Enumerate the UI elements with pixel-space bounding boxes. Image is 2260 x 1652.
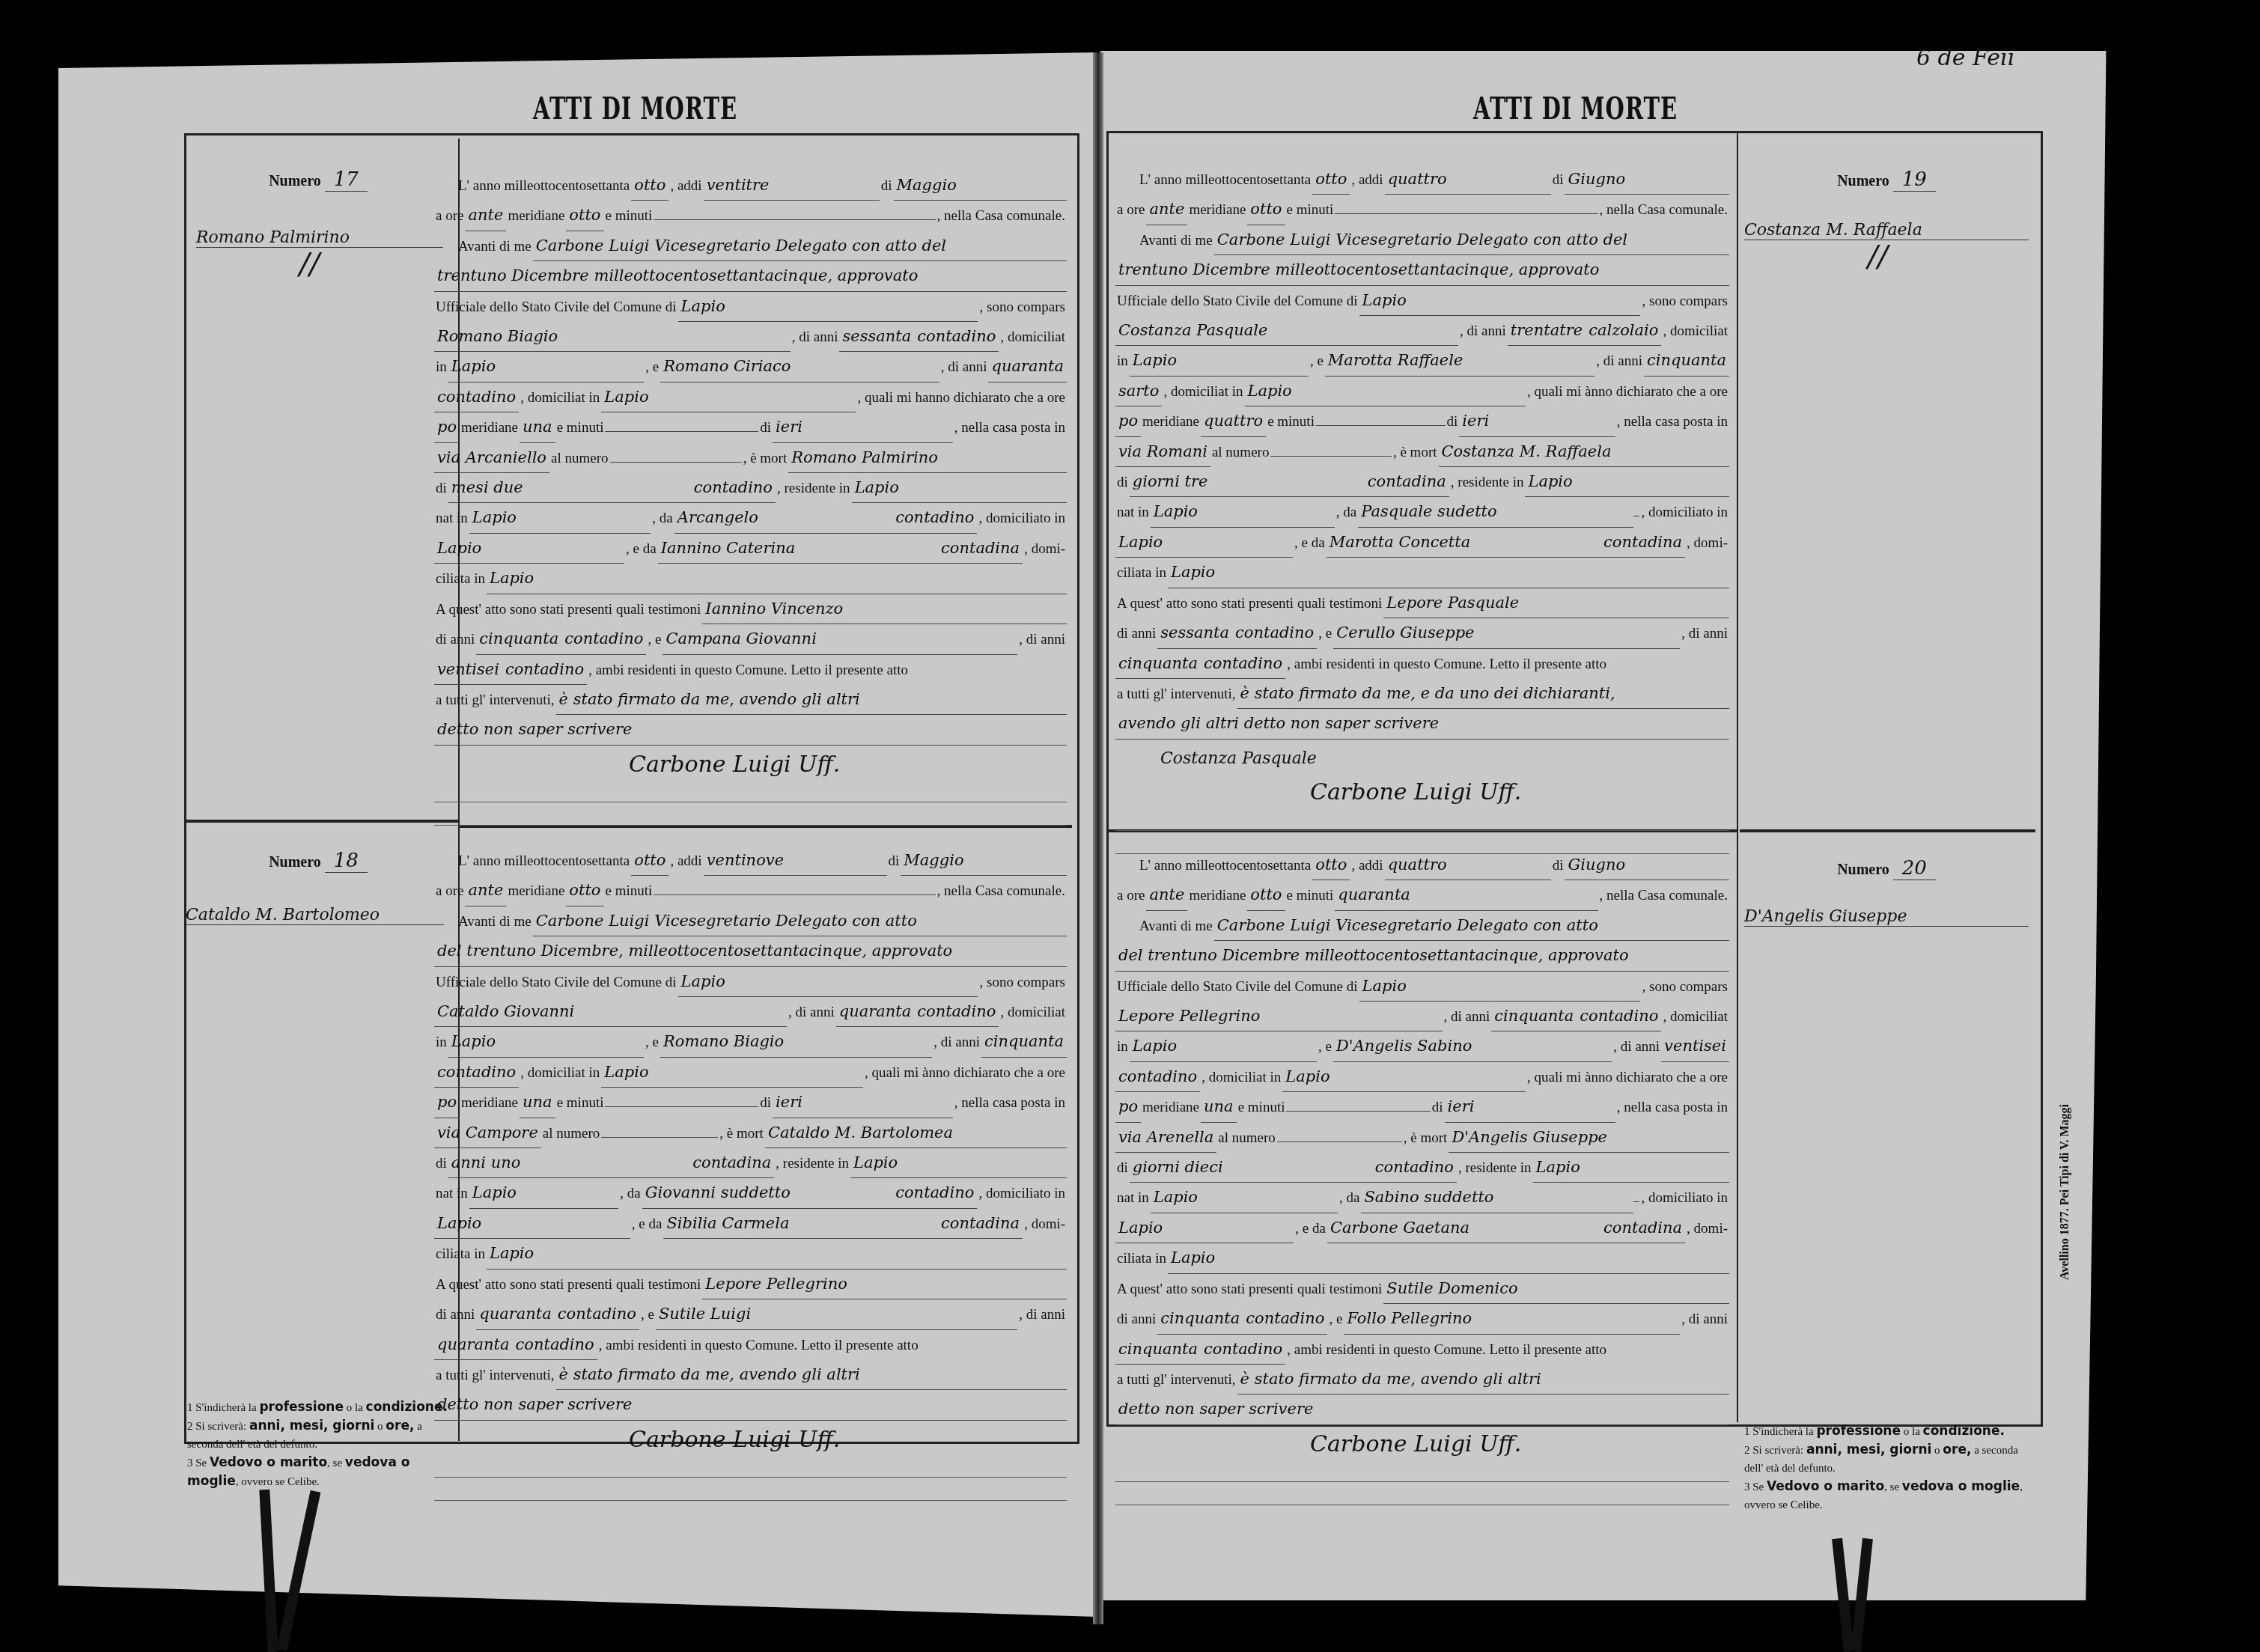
handwritten-entry: Cerullo Giuseppe xyxy=(1333,618,1680,648)
left-page-header: ATTI DI MORTE xyxy=(533,91,737,127)
printed-label: ciliata in xyxy=(1115,558,1168,588)
handwritten-entry: è stato firmato da me, avendo gli altri xyxy=(556,685,1067,715)
handwritten-entry: Lapio xyxy=(1533,1153,1729,1183)
footnote-part: professione xyxy=(259,1400,344,1415)
footnote-part: Vedovo o marito xyxy=(1767,1479,1884,1494)
handwritten-entry: Lapio xyxy=(448,1027,644,1057)
record-line: di annisessantacontadino, eCerullo Giuse… xyxy=(1115,618,1729,648)
printed-label: , e da xyxy=(630,1210,664,1239)
handwritten-entry: contadino xyxy=(561,624,646,654)
printed-label: di xyxy=(434,474,448,503)
printed-label: , nella Casa comunale. xyxy=(1598,881,1729,910)
record-line: ciliata inLapio xyxy=(1115,558,1729,588)
printed-label: di xyxy=(758,1088,773,1118)
printed-label: , domiciliato in xyxy=(1639,498,1729,527)
handwritten-entry: mesi due xyxy=(448,473,691,503)
printed-label: a tutti gl' intervenuti, xyxy=(434,1361,556,1390)
printed-label: di xyxy=(1115,468,1130,497)
footnote-part: o xyxy=(374,1421,386,1433)
footnote-part: , ovvero se Celibe. xyxy=(236,1476,320,1488)
printed-label: in xyxy=(1115,347,1130,376)
printed-label: di xyxy=(1551,851,1565,880)
record-line: inLapio, eMarotta Raffaele, di annicinqu… xyxy=(1115,346,1729,376)
printed-label: , è mort xyxy=(1392,438,1439,467)
printed-label: , residente in xyxy=(776,474,852,503)
handwritten-entry: cinquanta xyxy=(1157,1304,1243,1334)
printed-label: meridiane xyxy=(506,877,566,906)
footnote-part: 2 xyxy=(187,1421,193,1433)
printed-label: di anni xyxy=(1115,1305,1157,1334)
handwritten-entry: D'Angelis Sabino xyxy=(1333,1031,1612,1061)
record-line: Avanti di meCarbone Luigi Vicesegretario… xyxy=(434,231,1067,261)
handwritten-entry: via Arenella xyxy=(1115,1123,1216,1153)
handwritten-entry: Lapio xyxy=(448,352,645,382)
printed-label: , residente in xyxy=(1457,1153,1533,1183)
printed-label: meridiane xyxy=(1141,407,1201,436)
handwritten-entry: cinquanta xyxy=(1644,346,1729,376)
record-line: trentuno Dicembre milleottocentosettanta… xyxy=(1115,255,1729,285)
printed-label: , domiciliat xyxy=(999,323,1067,352)
handwritten-entry: Iannino Caterina xyxy=(658,534,938,564)
printed-label: al numero xyxy=(541,1119,602,1148)
right-number-divider xyxy=(1740,829,2035,832)
printed-label: meridiane xyxy=(1141,1093,1201,1122)
printed-label: e minuti xyxy=(1266,407,1316,436)
record-line: a oreantemeridianeottoe minuti, nella Ca… xyxy=(434,876,1067,906)
record-line: inLapio, eD'Angelis Sabino, di anniventi… xyxy=(1115,1031,1729,1061)
printed-label: , quali mi hanno dichiarato che a ore xyxy=(856,383,1067,412)
footnote-part: Si scriverà: xyxy=(1752,1445,1806,1457)
printed-label: , addi xyxy=(1350,851,1384,880)
printed-label: , sono compars xyxy=(1640,287,1729,316)
printed-label: , domiciliato in xyxy=(1639,1183,1729,1213)
printed-label: , di anni xyxy=(1017,1300,1067,1329)
handwritten-entry: Costanza Pasquale xyxy=(1115,316,1458,346)
handwritten-entry: via Campore xyxy=(434,1118,541,1148)
printed-label: in xyxy=(434,353,448,382)
handwritten-entry: Giugno xyxy=(1565,165,1729,195)
handwritten-entry: contadino xyxy=(1243,1304,1327,1334)
printed-label: al numero xyxy=(1210,438,1271,467)
record-line: del trentuno Dicembre milleottocentosett… xyxy=(1115,941,1729,971)
handwritten-entry: po xyxy=(434,1088,460,1118)
handwritten-entry: Lapio xyxy=(850,1148,1067,1178)
printed-label: , quali mi ànno dichiarato che a ore xyxy=(863,1058,1067,1088)
handwritten-entry: cinquanta xyxy=(981,1027,1067,1057)
printed-label: Avanti di me xyxy=(457,232,533,261)
handwritten-entry: Lapio xyxy=(1245,377,1526,406)
handwritten-entry: cinquanta xyxy=(1115,1335,1201,1365)
record-19-deceased-name: Costanza M. Raffaela xyxy=(1744,221,2029,240)
handwritten-entry xyxy=(610,462,742,463)
printed-label: , sono compars xyxy=(978,293,1067,322)
handwritten-entry: Lapio xyxy=(1115,1213,1294,1243)
footnote: 3 Se Vedovo o marito, se vedova o moglie… xyxy=(187,1454,457,1491)
handwritten-entry: del trentuno Dicembre, milleottocentoset… xyxy=(434,936,1067,966)
printed-label: , da xyxy=(618,1179,642,1208)
handwritten-entry: ventinove xyxy=(704,846,887,876)
handwritten-entry xyxy=(1335,213,1597,214)
record-line: digiorni diecicontadino, residente inLap… xyxy=(1115,1153,1729,1183)
printed-label: , di anni xyxy=(1595,347,1644,376)
record-line: quarantacontadino, ambi residenti in que… xyxy=(434,1330,1067,1360)
printed-label: , quali mi ànno dichiarato che a ore xyxy=(1526,1063,1729,1092)
printed-label: , nella casa posta in xyxy=(953,1088,1067,1118)
printed-label: Avanti di me xyxy=(1138,226,1214,255)
record-line: Cataldo Giovanni, di anniquarantacontadi… xyxy=(434,997,1067,1027)
handwritten-entry: contadino xyxy=(892,503,977,533)
handwritten-entry xyxy=(605,431,758,432)
footnote-part: S'indicherà la xyxy=(195,1402,259,1414)
printed-label: , da xyxy=(1335,498,1358,527)
record-line: a tutti gl' intervenuti,è stato firmato … xyxy=(434,685,1067,715)
signature-rule xyxy=(1115,1505,1729,1505)
left-footnotes: 1 S'indicherà la professione o la condiz… xyxy=(187,1398,457,1491)
record-number-18: Numero 18 xyxy=(191,850,445,872)
printed-label: di anni xyxy=(1115,619,1157,648)
handwritten-entry: po xyxy=(1115,406,1141,436)
printed-label: di xyxy=(1551,165,1565,195)
printed-label: di anni xyxy=(434,1300,476,1329)
footnote-part: professione xyxy=(1816,1424,1901,1439)
handwritten-entry: ante xyxy=(1146,195,1187,225)
handwritten-entry: sarto xyxy=(1115,377,1162,406)
handwritten-entry: po xyxy=(434,412,460,442)
record-line: Lepore Pellegrino, di annicinquantaconta… xyxy=(1115,1002,1729,1031)
record-line: Romano Biagio, di annisessantacontadino,… xyxy=(434,322,1067,352)
signature-rule xyxy=(434,825,1067,826)
handwritten-entry: Lapio xyxy=(434,534,624,564)
printed-label: e minuti xyxy=(1237,1093,1287,1122)
record-line: di anniquarantacontadino, eSutile Luigi,… xyxy=(434,1299,1067,1329)
signature-rule xyxy=(434,1477,1067,1478)
handwritten-entry: trentuno Dicembre milleottocentosettanta… xyxy=(434,261,1067,291)
printed-label: di xyxy=(1115,1153,1130,1183)
printed-label: , domiciliat xyxy=(1661,1002,1729,1031)
record-20-body: L' anno milleottocentosettantaotto, addi… xyxy=(1115,850,1729,1505)
handwritten-entry: Lapio xyxy=(1168,1243,1218,1273)
handwritten-entry: contadina xyxy=(938,534,1023,564)
record-line: cinquantacontadino, ambi residenti in qu… xyxy=(1115,1335,1729,1365)
handwritten-entry: otto xyxy=(1312,165,1350,195)
printed-label: L' anno milleottocentosettanta xyxy=(457,171,631,201)
printed-label: , nella Casa comunale. xyxy=(936,201,1067,231)
printed-label: meridiane xyxy=(506,201,566,231)
printed-label: di xyxy=(1431,1093,1445,1122)
handwritten-entry: otto xyxy=(566,876,603,906)
handwritten-entry: quaranta xyxy=(836,997,915,1027)
printed-label: , e xyxy=(644,1028,660,1057)
handwritten-entry xyxy=(1277,1142,1402,1142)
record-18-deceased-name: Cataldo M. Bartolomeo xyxy=(186,906,444,925)
record-line: ciliata inLapio xyxy=(434,564,1067,594)
handwritten-entry xyxy=(1633,1201,1639,1202)
handwritten-entry: anni uno xyxy=(448,1148,689,1178)
printed-label: Ufficiale dello Stato Civile del Comune … xyxy=(434,968,678,997)
footnote: 2 Si scriverà: anni, mesi, giorni o ore,… xyxy=(187,1417,457,1454)
record-line: avendo gli altri detto non saper scriver… xyxy=(1115,709,1729,739)
record-line: A quest' atto sono stati presenti quali … xyxy=(1115,588,1729,618)
handwritten-entry: Maggio xyxy=(894,171,1067,201)
record-line: a tutti gl' intervenuti,è stato firmato … xyxy=(1115,1365,1729,1395)
record-line: pomeridianeunae minutidiieri, nella casa… xyxy=(1115,1092,1729,1122)
printed-label: , di anni xyxy=(932,1028,981,1057)
printed-label: , e xyxy=(639,1300,656,1329)
printed-label: , quali mi ànno dichiarato che a ore xyxy=(1526,377,1729,406)
handwritten-entry: Lapio xyxy=(1130,1031,1317,1061)
handwritten-entry xyxy=(1286,1111,1430,1112)
handwritten-entry: Marotta Concetta xyxy=(1327,528,1600,558)
printed-label: Ufficiale dello Stato Civile del Comune … xyxy=(1115,972,1359,1002)
footnote: 3 Se Vedovo o marito, se vedova o moglie… xyxy=(1744,1478,2036,1514)
printed-label: , di anni xyxy=(939,353,989,382)
handwritten-entry: contadino xyxy=(892,1178,977,1208)
handwritten-entry: è stato firmato da me, e da uno dei dich… xyxy=(1237,679,1729,709)
record-line: contadino, domiciliat inLapio, quali mi … xyxy=(434,1058,1067,1088)
handwritten-entry: quattro xyxy=(1385,165,1551,195)
record-line: Lapio, e daCarbone Gaetanacontadina, dom… xyxy=(1115,1213,1729,1243)
printed-label: di xyxy=(758,413,773,442)
handwritten-entry: quattro xyxy=(1201,406,1266,436)
printed-label: e minuti xyxy=(555,1088,606,1118)
printed-label: , e xyxy=(1327,1305,1344,1334)
record-line: detto non saper scrivere xyxy=(1115,1395,1729,1424)
footnote-part: 2 xyxy=(1744,1445,1750,1457)
record-17-body: L' anno milleottocentosettantaotto, addi… xyxy=(434,171,1067,826)
handwritten-entry xyxy=(1633,516,1639,516)
printed-label: , di anni xyxy=(1443,1002,1492,1031)
handwritten-entry: Giugno xyxy=(1565,850,1729,880)
handwritten-entry xyxy=(537,1239,1067,1269)
handwritten-entry: detto non saper scrivere xyxy=(434,715,1067,745)
handwritten-entry: Lepore Pellegrino xyxy=(702,1270,1067,1299)
handwritten-entry: Romano Palmirino xyxy=(788,443,1067,473)
handwritten-entry: detto non saper scrivere xyxy=(1115,1395,1729,1424)
ditto-mark: // xyxy=(299,247,320,281)
record-line: contadino, domiciliat inLapio, quali mi … xyxy=(434,382,1067,412)
printed-label: di xyxy=(880,171,894,201)
handwritten-entry: una xyxy=(1201,1092,1237,1122)
signature-rule xyxy=(434,802,1067,802)
handwritten-entry: ieri xyxy=(1459,406,1615,436)
handwritten-entry: una xyxy=(520,412,555,442)
printed-label: , domi- xyxy=(1023,534,1067,564)
record-line: pomeridianeunae minutidiieri, nella casa… xyxy=(434,412,1067,442)
handwritten-entry: Sutile Domenico xyxy=(1383,1274,1729,1304)
record-number-20: Numero 20 xyxy=(1752,857,2021,880)
handwritten-entry: Lapio xyxy=(1130,346,1309,376)
handwritten-entry: quaranta xyxy=(988,352,1067,382)
handwritten-entry: ventisei xyxy=(434,655,502,685)
archive-mark: 6 de Feii xyxy=(1916,45,2014,71)
handwritten-entry: Sabino suddetto xyxy=(1361,1183,1633,1213)
handwritten-entry: Lapio xyxy=(678,967,978,997)
handwritten-entry: cinquanta xyxy=(1115,649,1201,679)
printed-label: , domiciliat in xyxy=(519,1058,601,1088)
handwritten-entry: contadino xyxy=(513,1330,597,1360)
record-line: Lapio, e daSibilia Carmelacontadina, dom… xyxy=(434,1209,1067,1239)
footnote-part: Se xyxy=(1752,1481,1767,1493)
printed-label: , domiciliat in xyxy=(1162,377,1244,406)
record-line: Avanti di meCarbone Luigi Vicesegretario… xyxy=(434,906,1067,936)
printed-label: , domi- xyxy=(1685,1214,1729,1243)
handwritten-entry: Lepore Pellegrino xyxy=(1115,1002,1443,1031)
left-number-divider xyxy=(186,820,458,823)
record-line: inLapio, eRomano Biagio, di annicinquant… xyxy=(434,1027,1067,1057)
book-gutter xyxy=(1093,52,1103,1624)
record-17-deceased-name: Romano Palmirino xyxy=(196,228,443,248)
handwritten-entry xyxy=(1218,1243,1729,1273)
printed-label: A quest' atto sono stati presenti quali … xyxy=(1115,1275,1383,1304)
handwritten-entry: contadino xyxy=(1115,1062,1200,1092)
handwritten-entry: contadino xyxy=(691,473,776,503)
printed-label: e minuti xyxy=(604,877,654,906)
handwritten-entry: Marotta Raffaele xyxy=(1325,346,1595,376)
printed-label: , e xyxy=(644,353,660,382)
handwritten-entry: contadino xyxy=(1201,649,1285,679)
handwritten-entry: Carbone Luigi Vicesegretario Delegato co… xyxy=(533,906,1067,936)
handwritten-entry: otto xyxy=(1247,880,1285,910)
printed-label: , ambi residenti in questo Comune. Letto… xyxy=(597,1331,920,1360)
record-line: digiorni trecontadina, residente inLapio xyxy=(1115,467,1729,497)
printed-label: e minuti xyxy=(555,413,606,442)
printed-label: meridiane xyxy=(1187,881,1247,910)
handwritten-entry: ante xyxy=(465,876,506,906)
footnote-part: 3 xyxy=(187,1457,193,1469)
record-line: ciliata inLapio xyxy=(434,1239,1067,1269)
footnote-part: , se xyxy=(1884,1481,1902,1493)
printed-label: nat in xyxy=(1115,498,1151,527)
handwritten-entry xyxy=(605,1106,758,1107)
printed-label: , domiciliat xyxy=(999,998,1067,1027)
handwritten-entry: Lapio xyxy=(1359,972,1641,1002)
handwritten-entry: contadino xyxy=(1232,618,1317,648)
handwritten-entry: Lapio xyxy=(601,382,856,412)
footnote: 1 S'indicherà la professione o la condiz… xyxy=(1744,1422,2036,1441)
footnote-part: 3 xyxy=(1744,1481,1750,1493)
printed-label: a ore xyxy=(434,201,465,231)
handwritten-entry: calzolaio xyxy=(1586,316,1661,346)
printed-label: A quest' atto sono stati presenti quali … xyxy=(1115,589,1383,618)
footnote-part: Si scriverà: xyxy=(195,1421,249,1433)
handwritten-entry: contadino xyxy=(555,1299,639,1329)
handwritten-entry: contadino xyxy=(1201,1335,1285,1365)
printed-label: , nella casa posta in xyxy=(953,413,1067,442)
handwritten-entry: otto xyxy=(566,201,603,231)
record-line: di annicinquantacontadino, eCampana Giov… xyxy=(434,624,1067,654)
handwritten-entry: Cataldo Giovanni xyxy=(434,997,787,1027)
right-number-column-rule xyxy=(1737,133,1738,1422)
handwritten-entry: quaranta xyxy=(434,1330,513,1360)
handwritten-entry: ante xyxy=(465,201,506,231)
printed-label: , ambi residenti in questo Comune. Letto… xyxy=(1285,1335,1608,1365)
handwritten-entry: giorni tre xyxy=(1130,467,1365,497)
printed-label: a tutti gl' intervenuti, xyxy=(1115,680,1237,709)
handwritten-entry: contadino xyxy=(502,655,587,685)
printed-label: L' anno milleottocentosettanta xyxy=(457,847,631,876)
right-footnotes: 1 S'indicherà la professione o la condiz… xyxy=(1744,1422,2036,1514)
handwritten-entry: Pasquale sudetto xyxy=(1358,497,1633,527)
printed-label: , sono compars xyxy=(1640,972,1729,1002)
record-line: Costanza Pasquale, di annitrentatrecalzo… xyxy=(1115,316,1729,346)
record-line: L' anno milleottocentosettantaotto, addi… xyxy=(1115,165,1729,195)
printed-label: , domiciliat in xyxy=(519,383,601,412)
handwritten-entry: contadino xyxy=(914,322,999,352)
printed-label: a tutti gl' intervenuti, xyxy=(434,686,556,715)
printed-label: , e da xyxy=(1294,1214,1327,1243)
footnote-part: Se xyxy=(195,1457,210,1469)
record-line: sarto, domiciliat inLapio, quali mi ànno… xyxy=(1115,377,1729,406)
footnote-part: S'indicherà la xyxy=(1752,1426,1816,1438)
handwritten-entry: Cataldo M. Bartolomea xyxy=(765,1118,1067,1148)
handwritten-entry: D'Angelis Giuseppe xyxy=(1449,1123,1729,1153)
record-line: A quest' atto sono stati presenti quali … xyxy=(434,1270,1067,1299)
record-line: inLapio, eRomano Ciriaco, di anniquarant… xyxy=(434,352,1067,382)
printed-label: A quest' atto sono stati presenti quali … xyxy=(434,1270,702,1299)
handwritten-entry: Lapio xyxy=(601,1058,863,1088)
printed-label: , nella casa posta in xyxy=(1615,1093,1729,1122)
handwritten-entry: detto non saper scrivere xyxy=(434,1390,1067,1420)
printed-label: , di anni xyxy=(1680,1305,1729,1334)
handwritten-entry: quaranta xyxy=(476,1299,555,1329)
handwritten-entry: Lapio xyxy=(1282,1062,1526,1092)
handwritten-entry: Romano Biagio xyxy=(434,322,791,352)
record-line: Ufficiale dello Stato Civile del Comune … xyxy=(1115,286,1729,316)
handwritten-entry: Lepore Pasquale xyxy=(1383,588,1729,618)
printed-label: , e xyxy=(1317,1032,1333,1061)
handwritten-entry: trentuno Dicembre milleottocentosettanta… xyxy=(1115,255,1729,285)
handwritten-entry: via Romani xyxy=(1115,437,1210,467)
handwritten-entry: contadino xyxy=(914,997,999,1027)
handwritten-entry: avendo gli altri detto non saper scriver… xyxy=(1115,709,1729,739)
record-line: Lapio, e daMarotta Concettacontadina, do… xyxy=(1115,528,1729,558)
footnote: 2 Si scriverà: anni, mesi, giorni o ore,… xyxy=(1744,1441,2036,1478)
record-line: Ufficiale dello Stato Civile del Comune … xyxy=(434,967,1067,997)
handwritten-entry: Lapio xyxy=(1168,558,1218,588)
record-line: via Romanial numero, è mortCostanza M. R… xyxy=(1115,437,1729,467)
footnote-part: Vedovo o marito xyxy=(210,1455,327,1470)
printed-label: , ambi residenti in questo Comune. Letto… xyxy=(587,656,910,685)
printed-label: L' anno milleottocentosettanta xyxy=(1138,851,1312,880)
handwritten-entry xyxy=(654,219,935,220)
printed-label: , e da xyxy=(1293,528,1327,558)
handwritten-entry xyxy=(654,894,935,895)
handwritten-entry: giorni dieci xyxy=(1130,1153,1372,1183)
printed-label: , e da xyxy=(624,534,658,564)
printed-label: e minuti xyxy=(1285,195,1335,225)
handwritten-entry: sessanta xyxy=(839,322,914,352)
record-line: detto non saper scrivere xyxy=(434,1390,1067,1420)
printed-label: , di anni xyxy=(1612,1032,1661,1061)
printed-label: e minuti xyxy=(604,201,654,231)
printed-label: , domiciliat in xyxy=(1200,1063,1282,1092)
record-number-17: Numero 17 xyxy=(191,168,445,191)
handwritten-entry: trentatre xyxy=(1508,316,1586,346)
handwritten-entry: otto xyxy=(631,846,668,876)
handwritten-entry xyxy=(537,564,1067,594)
printed-label: di anni xyxy=(434,625,476,654)
record-line: L' anno milleottocentosettantaotto, addi… xyxy=(434,171,1067,201)
footnote-part: o la xyxy=(1901,1426,1923,1438)
footnote-part: anni, mesi, giorni xyxy=(1806,1442,1931,1457)
record-line: contadino, domiciliat inLapio, quali mi … xyxy=(1115,1062,1729,1092)
footnote-part: vedova o moglie xyxy=(1902,1479,2020,1494)
record-line: Ufficiale dello Stato Civile del Comune … xyxy=(434,292,1067,322)
handwritten-entry: è stato firmato da me, avendo gli altri xyxy=(1237,1365,1729,1395)
right-page-header: ATTI DI MORTE xyxy=(1473,91,1678,127)
footnote-part: , se xyxy=(327,1457,345,1469)
handwritten-entry: ante xyxy=(1146,880,1187,910)
